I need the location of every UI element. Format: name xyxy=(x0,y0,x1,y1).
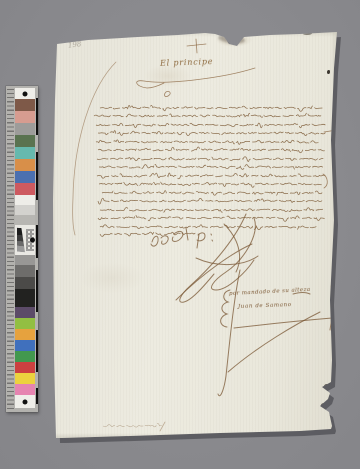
calibration-patch-24 xyxy=(15,384,35,395)
royal-signature xyxy=(151,228,213,248)
manuscript-text-line xyxy=(102,191,322,196)
calibration-patch-25 xyxy=(15,395,35,408)
calibration-patch-13 xyxy=(15,255,35,265)
calibration-patch-3 xyxy=(15,123,35,135)
manuscript-text-line xyxy=(98,215,325,221)
calibration-patch-12 xyxy=(15,225,35,255)
strip-black-bar xyxy=(36,98,39,135)
calibration-patch-10 xyxy=(15,205,35,215)
header-rubric-flourish xyxy=(137,68,255,97)
manuscript-text-line xyxy=(99,182,322,187)
manuscript-text-line xyxy=(99,164,323,169)
manuscript-text-line xyxy=(98,131,326,136)
footer-annotation-script xyxy=(103,423,162,427)
document-header: El principe xyxy=(160,57,214,68)
calibration-patch-22 xyxy=(15,362,35,373)
calibration-patch-2 xyxy=(15,111,35,123)
calibration-patch-14 xyxy=(15,265,35,277)
margin-hook xyxy=(323,174,327,188)
calibration-patch-6 xyxy=(15,159,35,171)
calibration-patch-9 xyxy=(15,195,35,205)
manuscript-text-line xyxy=(100,105,322,111)
strip-black-bar xyxy=(36,270,39,312)
folio-number: 198 xyxy=(68,40,82,49)
strip-black-bar xyxy=(36,388,39,404)
calibration-patch-19 xyxy=(15,329,35,340)
calibration-patch-0 xyxy=(15,88,35,99)
manuscript-text-line xyxy=(94,113,321,117)
calibration-patch-7 xyxy=(15,171,35,183)
footer-annotation-tail xyxy=(160,422,165,431)
calibration-patch-17 xyxy=(15,307,35,318)
manuscript-text-line xyxy=(96,123,325,128)
manuscript-text-line xyxy=(97,157,323,162)
photo-stage: 198 El principe por mandado de su alteza… xyxy=(0,0,360,469)
manuscript-text-line xyxy=(98,147,325,153)
manuscript-text-line xyxy=(100,225,316,230)
resolution-wedge xyxy=(17,228,25,253)
registration-dot xyxy=(23,399,28,404)
calibration-patch-21 xyxy=(15,351,35,362)
invocation-cross-mark xyxy=(187,39,206,53)
calibration-patch-18 xyxy=(15,318,35,329)
calibration-patch-23 xyxy=(15,373,35,384)
ink-layer xyxy=(48,28,342,442)
strip-black-bar xyxy=(36,225,39,258)
registration-dot xyxy=(23,91,28,96)
calibration-patches xyxy=(15,88,35,408)
manuscript-page: 198 El principe por mandado de su alteza… xyxy=(48,28,342,442)
manuscript-text-line xyxy=(100,207,323,212)
calibration-patch-4 xyxy=(15,135,35,147)
calibration-strip xyxy=(6,86,38,412)
left-margin-flourish xyxy=(73,62,116,235)
strip-scale-markings xyxy=(7,89,14,409)
manuscript-text-line xyxy=(96,140,318,144)
strip-black-bar xyxy=(36,152,39,200)
calibration-patch-15 xyxy=(15,277,35,289)
registration-dot xyxy=(30,238,35,243)
calibration-patch-8 xyxy=(15,183,35,195)
manuscript-text-line xyxy=(98,198,322,204)
calibration-patch-16 xyxy=(15,289,35,307)
calibration-patch-11 xyxy=(15,215,35,225)
strip-black-bar xyxy=(36,330,39,372)
calibration-patch-20 xyxy=(15,340,35,351)
calibration-patch-1 xyxy=(15,99,35,111)
manuscript-text-line xyxy=(97,173,325,179)
calibration-patch-5 xyxy=(15,147,35,159)
